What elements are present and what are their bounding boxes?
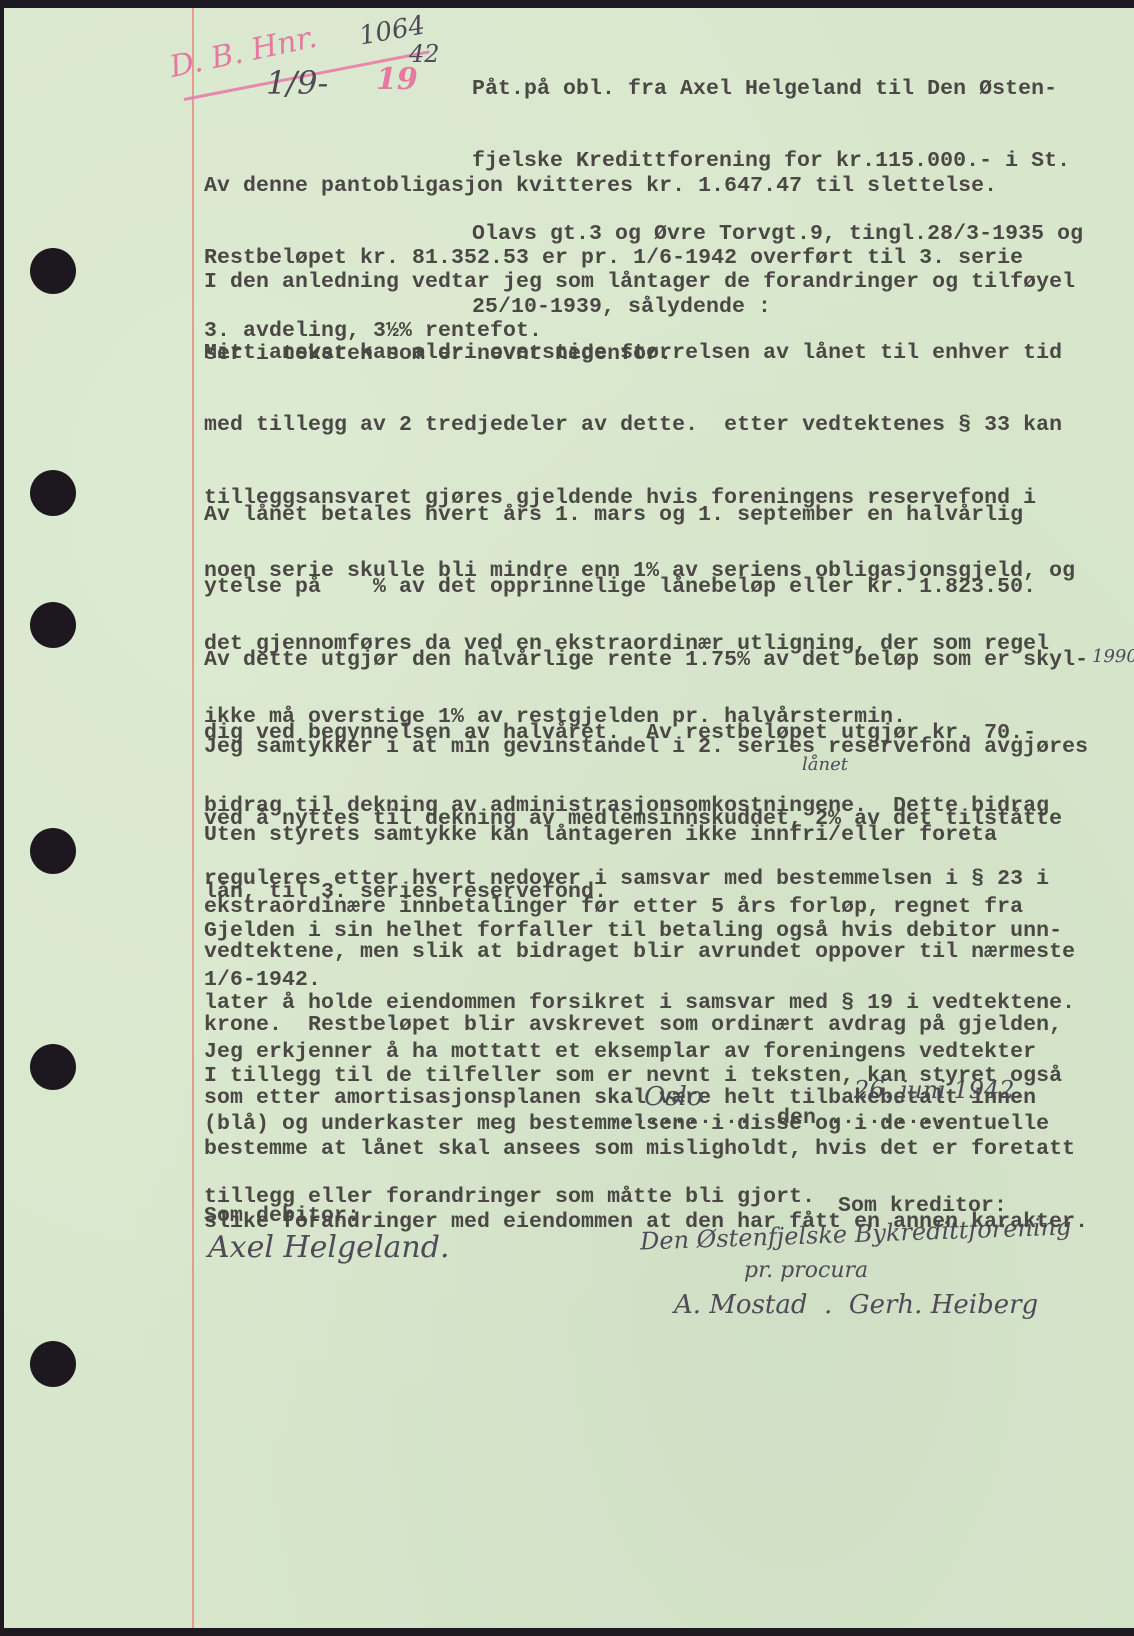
debitor-signature: Axel Helgeland.: [208, 1230, 449, 1265]
binder-hole-icon: [30, 248, 76, 294]
stamp-year-hand: 42: [409, 40, 440, 68]
interlinear-insert: lånet: [802, 754, 848, 775]
debitor-label: Som debitor:: [204, 1204, 360, 1228]
date-handwritten: 26. juni 1942.: [854, 1076, 1022, 1104]
binder-hole-icon: [30, 1044, 76, 1090]
binder-hole-icon: [30, 602, 76, 648]
header-line: Påt.på obl. fra Axel Helgeland til Den Ø…: [472, 77, 1083, 101]
handwritten-year-1990: 1990: [1092, 646, 1134, 667]
binder-hole-icon: [30, 828, 76, 874]
stamp-date-day-month: 1/9-: [266, 64, 328, 102]
place-date-line: ............ den .........: [608, 1106, 946, 1130]
red-margin-line: [192, 8, 194, 1628]
binder-hole-icon: [30, 470, 76, 516]
binder-hole-icon: [30, 1341, 76, 1387]
document-page: D. B. Hnr. 1064 1/9- 19 42 Påt.på obl. f…: [4, 8, 1134, 1628]
